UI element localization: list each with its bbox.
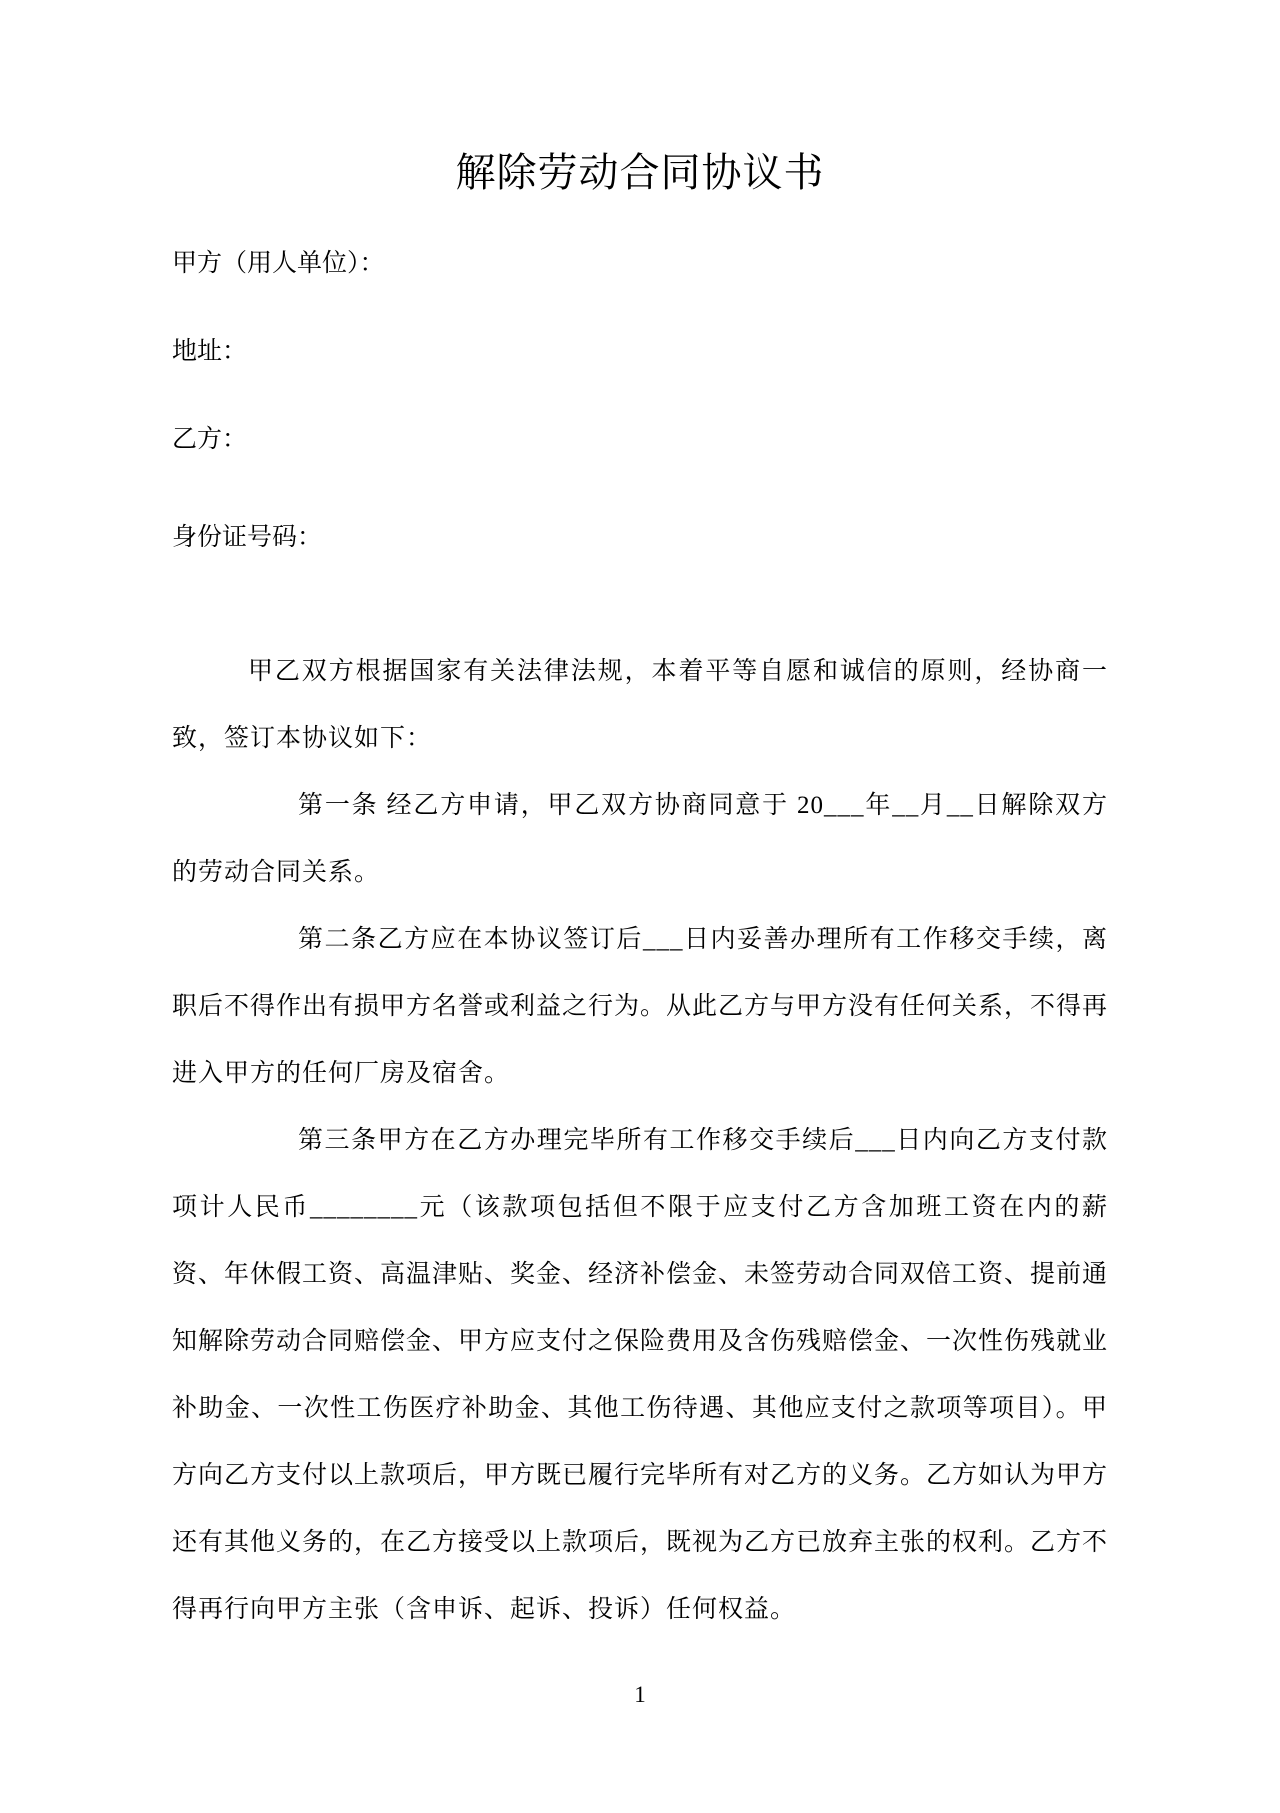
page-number: 1: [0, 1680, 1280, 1710]
document-page: 解除劳动合同协议书 甲方（用人单位）： 地址： 乙方： 身份证号码： 甲乙双方根…: [0, 0, 1280, 1813]
field-party-a-label: 甲方（用人单位）：: [172, 220, 1108, 308]
agreement-body: 甲乙双方根据国家有关法律法规，本着平等自愿和诚信的原则，经协商一致，签订本协议如…: [172, 638, 1108, 1643]
paragraph-article-2: 第二条乙方应在本协议签订后___日内妥善办理所有工作移交手续，离职后不得作出有损…: [172, 906, 1108, 1107]
paragraph-article-3: 第三条甲方在乙方办理完毕所有工作移交手续后___日内向乙方支付款项计人民币___…: [172, 1107, 1108, 1643]
paragraph-preamble: 甲乙双方根据国家有关法律法规，本着平等自愿和诚信的原则，经协商一致，签订本协议如…: [172, 638, 1108, 772]
paragraph-article-1: 第一条 经乙方申请，甲乙双方协商同意于 20___年__月__日解除双方的劳动合…: [172, 772, 1108, 906]
field-party-b-label: 乙方：: [172, 396, 1108, 484]
field-id-number-label: 身份证号码：: [172, 494, 1108, 582]
document-title: 解除劳动合同协议书: [172, 145, 1108, 201]
header-fields: 甲方（用人单位）： 地址： 乙方： 身份证号码：: [172, 220, 1108, 582]
field-address-label: 地址：: [172, 308, 1108, 396]
